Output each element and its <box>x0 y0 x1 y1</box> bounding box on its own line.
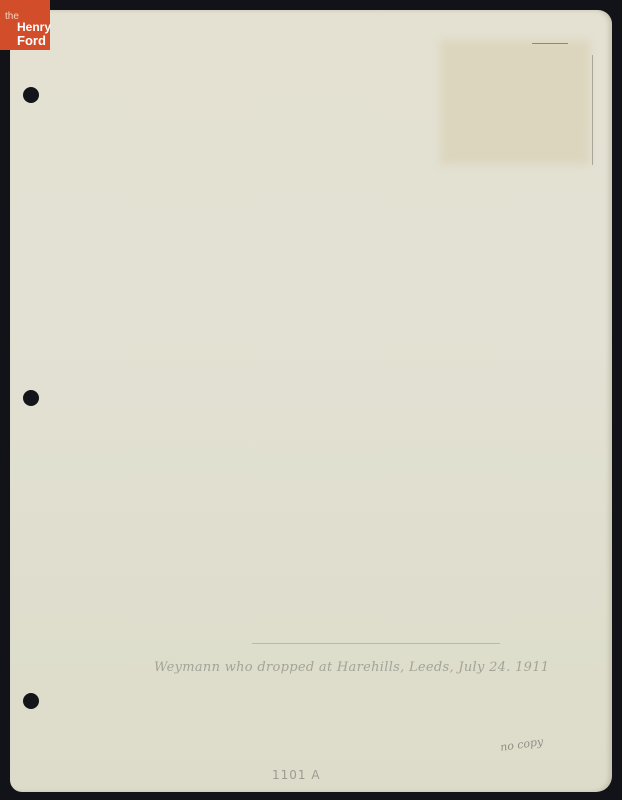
pencil-mark <box>532 43 568 44</box>
handwritten-caption: Weymann who dropped at Harehills, Leeds,… <box>154 660 584 675</box>
paper-stain <box>440 40 590 165</box>
catalog-number: 1101 A <box>272 768 321 782</box>
pencil-mark <box>592 55 593 165</box>
henry-ford-logo[interactable]: the Henry Ford <box>0 0 50 50</box>
punch-hole <box>23 693 39 709</box>
logo-henry: Henry <box>17 21 51 33</box>
punch-hole <box>23 390 39 406</box>
punch-hole <box>23 87 39 103</box>
caption-divider <box>252 643 500 644</box>
logo-ford: Ford <box>17 34 46 47</box>
